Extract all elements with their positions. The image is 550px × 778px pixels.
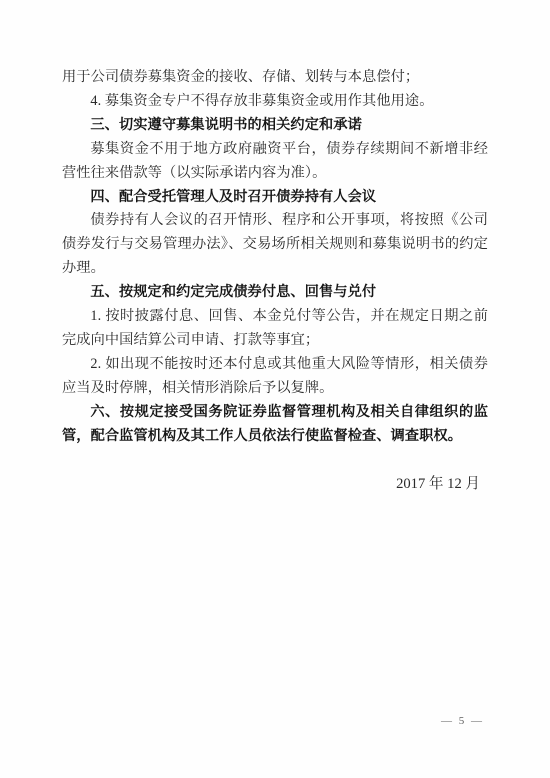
body-paragraph: 1. 按时披露付息、回售、本金兑付等公告，并在规定日期之前完成向中国结算公司申请…: [62, 305, 488, 353]
body-paragraph: 募集资金不用于地方政府融资平台，债券存续期间不新增非经营性往来借款等（以实际承诺…: [62, 138, 488, 186]
body-paragraph: 2. 如出现不能按时还本付息或其他重大风险等情形，相关债券应当及时停牌，相关情形…: [62, 353, 488, 401]
body-paragraph-continuation: 用于公司债券募集资金的接收、存储、划转与本息偿付；: [62, 66, 488, 90]
body-paragraph: 债券持有人会议的召开情形、程序和公开事项，将按照《公司债券发行与交易管理办法》、…: [62, 209, 488, 281]
section-heading-six: 六、按规定接受国务院证券监督管理机构及相关自律组织的监管，配合监管机构及其工作人…: [62, 401, 488, 449]
body-paragraph: 4. 募集资金专户不得存放非募集资金或用作其他用途。: [62, 90, 488, 114]
document-page: 用于公司债券募集资金的接收、存储、划转与本息偿付； 4. 募集资金专户不得存放非…: [0, 0, 550, 778]
section-heading-four: 四、配合受托管理人及时召开债券持有人会议: [62, 186, 488, 210]
section-heading-three: 三、切实遵守募集说明书的相关约定和承诺: [62, 114, 488, 138]
date-line: 2017 年 12 月: [62, 473, 488, 497]
section-heading-five: 五、按规定和约定完成债券付息、回售与兑付: [62, 281, 488, 305]
document-content: 用于公司债券募集资金的接收、存储、划转与本息偿付； 4. 募集资金专户不得存放非…: [62, 66, 488, 496]
page-number: — 5 —: [441, 714, 484, 728]
